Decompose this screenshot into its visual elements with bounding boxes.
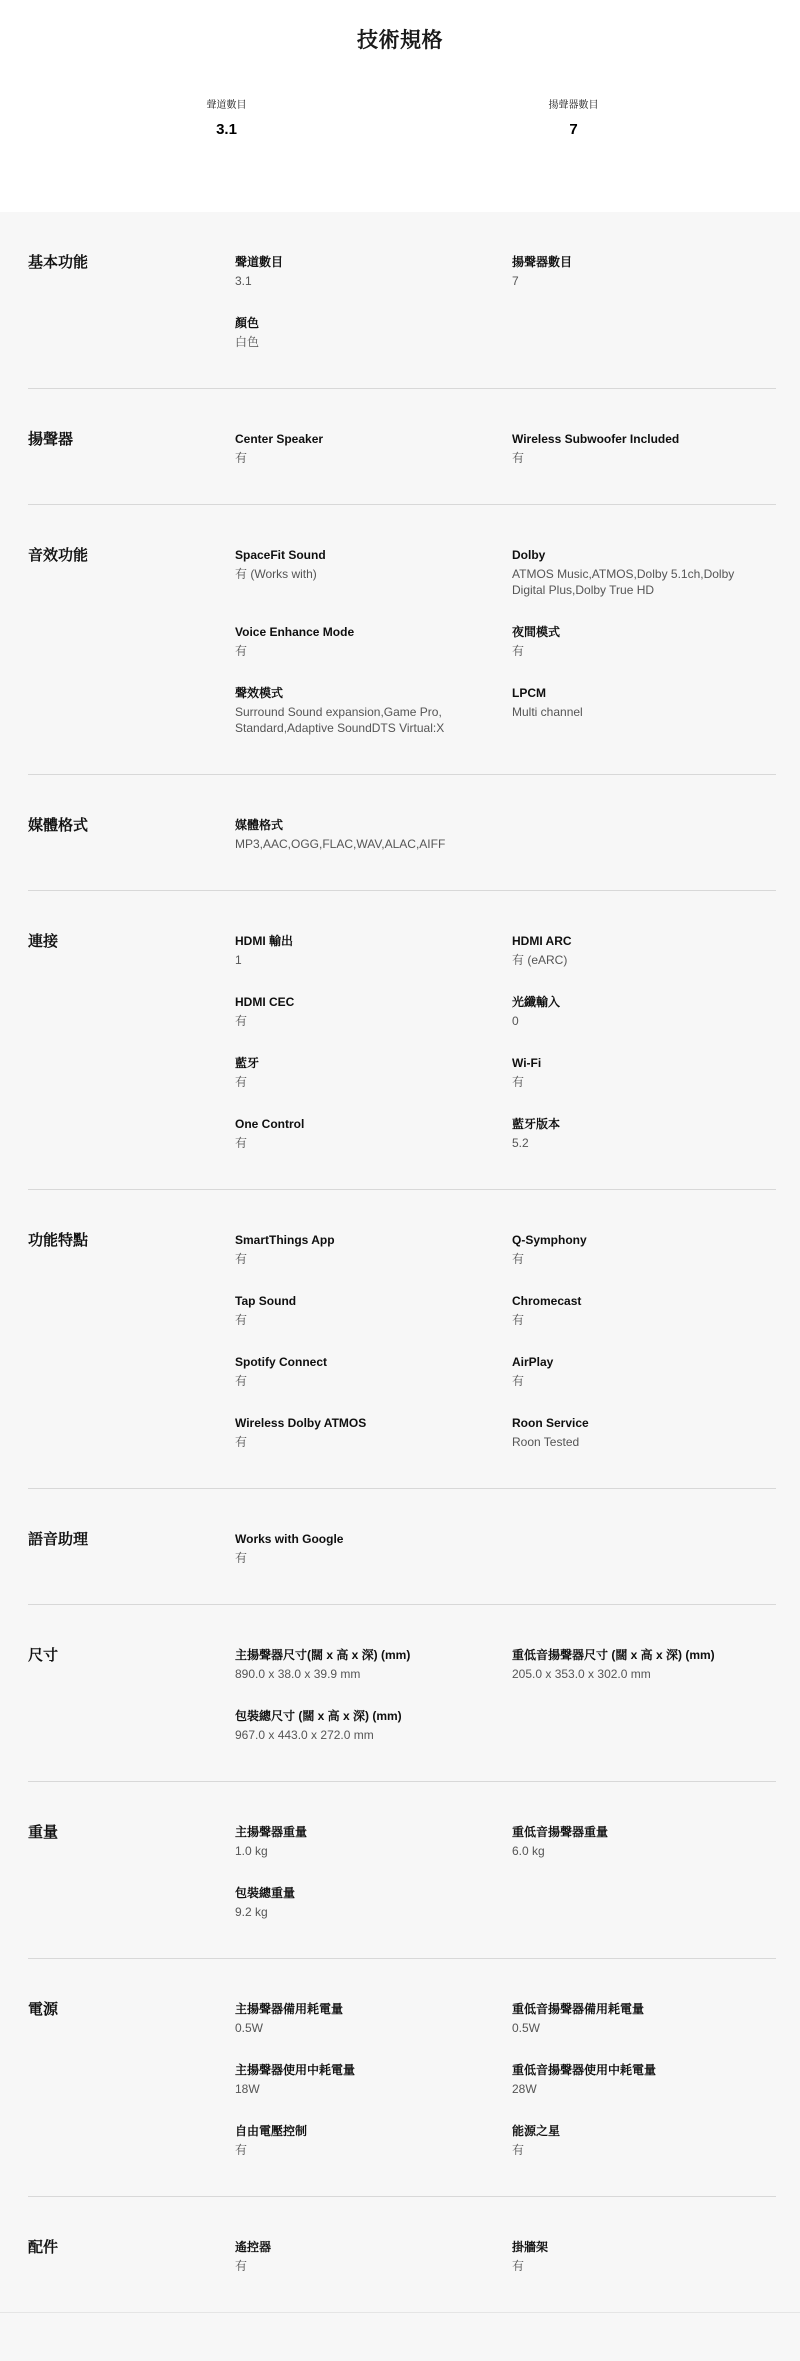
spec-value: 有 [512,1312,762,1328]
spec-label: 揚聲器數目 [512,254,762,270]
spec-row: SmartThings App 有 Q-Symphony 有 [235,1232,776,1293]
spec-label: SmartThings App [235,1232,498,1248]
spec-label: 重低音揚聲器重量 [512,1824,762,1840]
section-category: 揚聲器 [28,431,235,449]
spec-header: 技術規格 聲道數目 3.1 揚聲器數目 7 [0,0,800,212]
spec-label: Roon Service [512,1415,762,1431]
spec-value: 有 (Works with) [235,566,498,582]
section-category: 配件 [28,2239,235,2257]
spec-label: 重低音揚聲器尺寸 (闊 x 高 x 深) (mm) [512,1647,762,1663]
spec-cell-right: 重低音揚聲器尺寸 (闊 x 高 x 深) (mm) 205.0 x 353.0 … [512,1647,776,1708]
spec-cell-left: 包裝總重量 9.2 kg [235,1885,512,1946]
spec-label: SpaceFit Sound [235,547,498,563]
spec-item: 能源之星 有 [512,2123,776,2158]
spec-cell-right: 夜間模式 有 [512,624,776,685]
spec-cell-right: Wi-Fi 有 [512,1055,776,1116]
spec-value: 有 [235,2142,498,2158]
section-category: 重量 [28,1824,235,1842]
spec-value: 890.0 x 38.0 x 39.9 mm [235,1666,498,1682]
spec-label: 重低音揚聲器備用耗電量 [512,2001,762,2017]
spec-label: 藍牙版本 [512,1116,762,1132]
spec-value: 6.0 kg [512,1843,762,1859]
spec-item: Wi-Fi 有 [512,1055,776,1090]
spec-cell-right: Chromecast 有 [512,1293,776,1354]
spec-cell-left: 主揚聲器使用中耗電量 18W [235,2062,512,2123]
spec-item: Tap Sound 有 [235,1293,512,1328]
spec-value: 有 [512,2258,762,2274]
spec-cell-right: Wireless Subwoofer Included 有 [512,431,776,492]
spec-label: Wi-Fi [512,1055,762,1071]
spec-row: HDMI CEC 有 光纖輸入 0 [235,994,776,1055]
spec-label: 聲道數目 [235,254,498,270]
spec-item: SmartThings App 有 [235,1232,512,1267]
spec-value: 有 [512,450,762,466]
spec-value: 有 [235,1373,498,1389]
spec-cell-left: Tap Sound 有 [235,1293,512,1354]
spec-rows: 主揚聲器備用耗電量 0.5W 重低音揚聲器備用耗電量 0.5W 主揚聲器使用中耗… [235,2001,776,2184]
spec-value: Roon Tested [512,1434,762,1450]
spec-value: 有 [235,1074,498,1090]
spec-label: AirPlay [512,1354,762,1370]
highlight-label: 聲道數目 [53,96,400,111]
spec-row: Works with Google 有 [235,1531,776,1592]
spec-value: 1.0 kg [235,1843,498,1859]
spec-cell-right: Dolby ATMOS Music,ATMOS,Dolby 5.1ch,Dolb… [512,547,776,624]
spec-value: 28W [512,2081,762,2097]
spec-label: Wireless Subwoofer Included [512,431,762,447]
spec-rows: SmartThings App 有 Q-Symphony 有 Tap Sound… [235,1232,776,1476]
spec-item: 重低音揚聲器尺寸 (闊 x 高 x 深) (mm) 205.0 x 353.0 … [512,1647,776,1682]
spec-row: 自由電壓控制 有 能源之星 有 [235,2123,776,2184]
spec-value: 有 [512,643,762,659]
spec-item: 媒體格式 MP3,AAC,OGG,FLAC,WAV,ALAC,AIFF [235,817,512,852]
section-category: 基本功能 [28,254,235,272]
spec-item: 聲道數目 3.1 [235,254,512,289]
spec-label: 媒體格式 [235,817,498,833]
spec-value: 有 [512,1251,762,1267]
spec-value: 有 [235,643,498,659]
spec-value: 0 [512,1013,762,1029]
spec-cell-right: 重低音揚聲器重量 6.0 kg [512,1824,776,1885]
section-category: 尺寸 [28,1647,235,1665]
spec-item: 藍牙版本 5.2 [512,1116,776,1151]
spec-item: SpaceFit Sound 有 (Works with) [235,547,512,582]
spec-cell-left: 聲道數目 3.1 [235,254,512,315]
spec-cell-left: 主揚聲器備用耗電量 0.5W [235,2001,512,2062]
spec-item: 掛牆架 有 [512,2239,776,2274]
spec-label: Spotify Connect [235,1354,498,1370]
spec-label: Tap Sound [235,1293,498,1309]
spec-value: 5.2 [512,1135,762,1151]
spec-cell-left: 藍牙 有 [235,1055,512,1116]
highlights: 聲道數目 3.1 揚聲器數目 7 [53,96,747,138]
spec-item: One Control 有 [235,1116,512,1151]
highlight-label: 揚聲器數目 [400,96,747,111]
spec-item: 重低音揚聲器重量 6.0 kg [512,1824,776,1859]
spec-label: 主揚聲器重量 [235,1824,498,1840]
spec-rows: 主揚聲器重量 1.0 kg 重低音揚聲器重量 6.0 kg 包裝總重量 9.2 … [235,1824,776,1946]
spec-label: 自由電壓控制 [235,2123,498,2139]
highlight-item: 揚聲器數目 7 [400,96,747,138]
spec-label: One Control [235,1116,498,1132]
spec-cell-right [512,1708,776,1769]
spec-row: 聲道數目 3.1 揚聲器數目 7 [235,254,776,315]
spec-label: 掛牆架 [512,2239,762,2255]
spec-item: HDMI CEC 有 [235,994,512,1029]
spec-row: One Control 有 藍牙版本 5.2 [235,1116,776,1177]
spec-value: 有 [235,1550,498,1566]
spec-row: Center Speaker 有 Wireless Subwoofer Incl… [235,431,776,492]
spec-value: 18W [235,2081,498,2097]
spec-cell-right [512,817,776,878]
spec-item: 顏色 白色 [235,315,512,350]
spec-section: 音效功能 SpaceFit Sound 有 (Works with) Dolby… [28,505,776,775]
spec-section: 揚聲器 Center Speaker 有 Wireless Subwoofer … [28,389,776,505]
spec-rows: 遙控器 有 掛牆架 有 [235,2239,776,2300]
spec-cell-left: 包裝總尺寸 (闊 x 高 x 深) (mm) 967.0 x 443.0 x 2… [235,1708,512,1769]
spec-cell-left: Wireless Dolby ATMOS 有 [235,1415,512,1476]
section-category: 媒體格式 [28,817,235,835]
spec-rows: 聲道數目 3.1 揚聲器數目 7 顏色 白色 [235,254,776,376]
spec-item: 包裝總重量 9.2 kg [235,1885,512,1920]
spec-page: 技術規格 聲道數目 3.1 揚聲器數目 7 基本功能 聲道數目 3.1 揚聲器數… [0,0,800,2361]
spec-cell-right: 揚聲器數目 7 [512,254,776,315]
highlight-value: 3.1 [53,121,400,138]
spec-cell-left: 主揚聲器尺寸(闊 x 高 x 深) (mm) 890.0 x 38.0 x 39… [235,1647,512,1708]
spec-section: 重量 主揚聲器重量 1.0 kg 重低音揚聲器重量 6.0 kg 包裝總重量 9… [28,1782,776,1959]
spec-label: 夜間模式 [512,624,762,640]
spec-item: Roon Service Roon Tested [512,1415,776,1450]
spec-cell-right: 光纖輸入 0 [512,994,776,1055]
spec-value: 205.0 x 353.0 x 302.0 mm [512,1666,762,1682]
spec-section: 媒體格式 媒體格式 MP3,AAC,OGG,FLAC,WAV,ALAC,AIFF [28,775,776,891]
spec-row: Spotify Connect 有 AirPlay 有 [235,1354,776,1415]
spec-cell-right: 藍牙版本 5.2 [512,1116,776,1177]
spec-value: 0.5W [235,2020,498,2036]
spec-cell-left: 自由電壓控制 有 [235,2123,512,2184]
spec-cell-right: HDMI ARC 有 (eARC) [512,933,776,994]
spec-row: 藍牙 有 Wi-Fi 有 [235,1055,776,1116]
spec-section: 連接 HDMI 輸出 1 HDMI ARC 有 (eARC) HDMI CEC … [28,891,776,1190]
spec-label: 重低音揚聲器使用中耗電量 [512,2062,762,2078]
spec-value: 有 [235,1135,498,1151]
spec-label: 主揚聲器尺寸(闊 x 高 x 深) (mm) [235,1647,498,1663]
spec-label: 聲效模式 [235,685,498,701]
spec-value: 9.2 kg [235,1904,498,1920]
spec-value: 有 [235,1251,498,1267]
spec-cell-right: Roon Service Roon Tested [512,1415,776,1476]
spec-row: Tap Sound 有 Chromecast 有 [235,1293,776,1354]
spec-item: Chromecast 有 [512,1293,776,1328]
spec-cell-left: 顏色 白色 [235,315,512,376]
spec-value: 有 [235,1013,498,1029]
spec-cell-right: 掛牆架 有 [512,2239,776,2300]
spec-cell-right: AirPlay 有 [512,1354,776,1415]
spec-rows: Center Speaker 有 Wireless Subwoofer Incl… [235,431,776,492]
spec-item: Voice Enhance Mode 有 [235,624,512,659]
spec-label: 包裝總尺寸 (闊 x 高 x 深) (mm) [235,1708,498,1724]
spec-cell-left: Spotify Connect 有 [235,1354,512,1415]
spec-row: 媒體格式 MP3,AAC,OGG,FLAC,WAV,ALAC,AIFF [235,817,776,878]
spec-label: HDMI CEC [235,994,498,1010]
spec-item: Dolby ATMOS Music,ATMOS,Dolby 5.1ch,Dolb… [512,547,776,598]
spec-value: 0.5W [512,2020,762,2036]
spec-value: Surround Sound expansion,Game Pro, Stand… [235,704,498,736]
spec-label: Wireless Dolby ATMOS [235,1415,498,1431]
spec-row: 主揚聲器使用中耗電量 18W 重低音揚聲器使用中耗電量 28W [235,2062,776,2123]
spec-rows: 媒體格式 MP3,AAC,OGG,FLAC,WAV,ALAC,AIFF [235,817,776,878]
spec-item: 主揚聲器備用耗電量 0.5W [235,2001,512,2036]
spec-value: 1 [235,952,498,968]
spec-label: Q-Symphony [512,1232,762,1248]
spec-value: MP3,AAC,OGG,FLAC,WAV,ALAC,AIFF [235,836,498,852]
spec-cell-right: LPCM Multi channel [512,685,776,762]
section-category: 音效功能 [28,547,235,565]
spec-value: ATMOS Music,ATMOS,Dolby 5.1ch,Dolby Digi… [512,566,762,598]
spec-rows: SpaceFit Sound 有 (Works with) Dolby ATMO… [235,547,776,762]
spec-cell-left: SmartThings App 有 [235,1232,512,1293]
spec-cell-right [512,1531,776,1592]
spec-label: Chromecast [512,1293,762,1309]
spec-row: 包裝總重量 9.2 kg [235,1885,776,1946]
spec-row: 主揚聲器尺寸(闊 x 高 x 深) (mm) 890.0 x 38.0 x 39… [235,1647,776,1708]
spec-label: 遙控器 [235,2239,498,2255]
spec-section: 電源 主揚聲器備用耗電量 0.5W 重低音揚聲器備用耗電量 0.5W 主揚聲器使… [28,1959,776,2197]
spec-cell-left: SpaceFit Sound 有 (Works with) [235,547,512,624]
spec-value: 有 [512,1373,762,1389]
spec-value: 白色 [235,334,498,350]
spec-label: LPCM [512,685,762,701]
spec-item: 主揚聲器尺寸(闊 x 高 x 深) (mm) 890.0 x 38.0 x 39… [235,1647,512,1682]
spec-row: 主揚聲器重量 1.0 kg 重低音揚聲器重量 6.0 kg [235,1824,776,1885]
spec-value: 967.0 x 443.0 x 272.0 mm [235,1727,498,1743]
spec-cell-right: 能源之星 有 [512,2123,776,2184]
spec-item: 主揚聲器重量 1.0 kg [235,1824,512,1859]
spec-cell-right [512,315,776,376]
spec-row: 主揚聲器備用耗電量 0.5W 重低音揚聲器備用耗電量 0.5W [235,2001,776,2062]
spec-cell-left: 遙控器 有 [235,2239,512,2300]
spec-cell-left: One Control 有 [235,1116,512,1177]
spec-cell-left: Voice Enhance Mode 有 [235,624,512,685]
spec-item: Center Speaker 有 [235,431,512,466]
spec-rows: 主揚聲器尺寸(闊 x 高 x 深) (mm) 890.0 x 38.0 x 39… [235,1647,776,1769]
spec-section: 功能特點 SmartThings App 有 Q-Symphony 有 Tap … [28,1190,776,1489]
spec-value: 有 [235,2258,498,2274]
footer-space [0,2313,800,2361]
highlight-value: 7 [400,121,747,138]
section-category: 連接 [28,933,235,951]
spec-cell-right: 重低音揚聲器備用耗電量 0.5W [512,2001,776,2062]
section-category: 語音助理 [28,1531,235,1549]
section-category: 電源 [28,2001,235,2019]
spec-cell-left: Center Speaker 有 [235,431,512,492]
spec-label: Voice Enhance Mode [235,624,498,640]
spec-item: Works with Google 有 [235,1531,512,1566]
spec-label: 能源之星 [512,2123,762,2139]
spec-item: Wireless Subwoofer Included 有 [512,431,776,466]
spec-value: 3.1 [235,273,498,289]
spec-value: 有 [512,2142,762,2158]
spec-item: 光纖輸入 0 [512,994,776,1029]
spec-rows: Works with Google 有 [235,1531,776,1592]
spec-label: 主揚聲器使用中耗電量 [235,2062,498,2078]
spec-section: 配件 遙控器 有 掛牆架 有 [28,2197,776,2312]
spec-rows: HDMI 輸出 1 HDMI ARC 有 (eARC) HDMI CEC 有 光… [235,933,776,1177]
spec-item: 遙控器 有 [235,2239,512,2274]
spec-cell-left: HDMI CEC 有 [235,994,512,1055]
spec-label: 包裝總重量 [235,1885,498,1901]
spec-label: Dolby [512,547,762,563]
spec-item: 聲效模式 Surround Sound expansion,Game Pro, … [235,685,512,736]
spec-section: 尺寸 主揚聲器尺寸(闊 x 高 x 深) (mm) 890.0 x 38.0 x… [28,1605,776,1782]
spec-item: LPCM Multi channel [512,685,776,720]
spec-sections: 基本功能 聲道數目 3.1 揚聲器數目 7 顏色 白色 揚聲器 Center S… [0,212,800,2312]
spec-section: 基本功能 聲道數目 3.1 揚聲器數目 7 顏色 白色 [28,212,776,389]
spec-item: HDMI ARC 有 (eARC) [512,933,776,968]
spec-label: HDMI ARC [512,933,762,949]
spec-item: 自由電壓控制 有 [235,2123,512,2158]
spec-label: 光纖輸入 [512,994,762,1010]
spec-item: HDMI 輸出 1 [235,933,512,968]
spec-row: 聲效模式 Surround Sound expansion,Game Pro, … [235,685,776,762]
spec-item: AirPlay 有 [512,1354,776,1389]
spec-row: SpaceFit Sound 有 (Works with) Dolby ATMO… [235,547,776,624]
spec-section: 語音助理 Works with Google 有 [28,1489,776,1605]
spec-value: 有 [235,1312,498,1328]
spec-label: 顏色 [235,315,498,331]
spec-cell-right: 重低音揚聲器使用中耗電量 28W [512,2062,776,2123]
spec-item: Wireless Dolby ATMOS 有 [235,1415,512,1450]
spec-item: 重低音揚聲器使用中耗電量 28W [512,2062,776,2097]
spec-label: Works with Google [235,1531,498,1547]
spec-cell-left: 主揚聲器重量 1.0 kg [235,1824,512,1885]
spec-item: 主揚聲器使用中耗電量 18W [235,2062,512,2097]
spec-row: 顏色 白色 [235,315,776,376]
spec-item: 揚聲器數目 7 [512,254,776,289]
spec-cell-right [512,1885,776,1946]
spec-value: 有 [235,1434,498,1450]
spec-row: 遙控器 有 掛牆架 有 [235,2239,776,2300]
spec-cell-left: Works with Google 有 [235,1531,512,1592]
spec-value: 有 [235,450,498,466]
spec-value: 有 (eARC) [512,952,762,968]
spec-item: 藍牙 有 [235,1055,512,1090]
spec-row: 包裝總尺寸 (闊 x 高 x 深) (mm) 967.0 x 443.0 x 2… [235,1708,776,1769]
spec-cell-left: 聲效模式 Surround Sound expansion,Game Pro, … [235,685,512,762]
highlight-item: 聲道數目 3.1 [53,96,400,138]
spec-item: 夜間模式 有 [512,624,776,659]
spec-row: Wireless Dolby ATMOS 有 Roon Service Roon… [235,1415,776,1476]
spec-label: HDMI 輸出 [235,933,498,949]
spec-label: Center Speaker [235,431,498,447]
spec-row: HDMI 輸出 1 HDMI ARC 有 (eARC) [235,933,776,994]
spec-item: Q-Symphony 有 [512,1232,776,1267]
spec-cell-right: Q-Symphony 有 [512,1232,776,1293]
spec-value: Multi channel [512,704,762,720]
spec-label: 藍牙 [235,1055,498,1071]
spec-value: 7 [512,273,762,289]
spec-cell-left: 媒體格式 MP3,AAC,OGG,FLAC,WAV,ALAC,AIFF [235,817,512,878]
spec-cell-left: HDMI 輸出 1 [235,933,512,994]
spec-item: 重低音揚聲器備用耗電量 0.5W [512,2001,776,2036]
spec-value: 有 [512,1074,762,1090]
spec-label: 主揚聲器備用耗電量 [235,2001,498,2017]
section-category: 功能特點 [28,1232,235,1250]
page-title: 技術規格 [0,24,800,54]
spec-row: Voice Enhance Mode 有 夜間模式 有 [235,624,776,685]
spec-item: Spotify Connect 有 [235,1354,512,1389]
spec-item: 包裝總尺寸 (闊 x 高 x 深) (mm) 967.0 x 443.0 x 2… [235,1708,512,1743]
